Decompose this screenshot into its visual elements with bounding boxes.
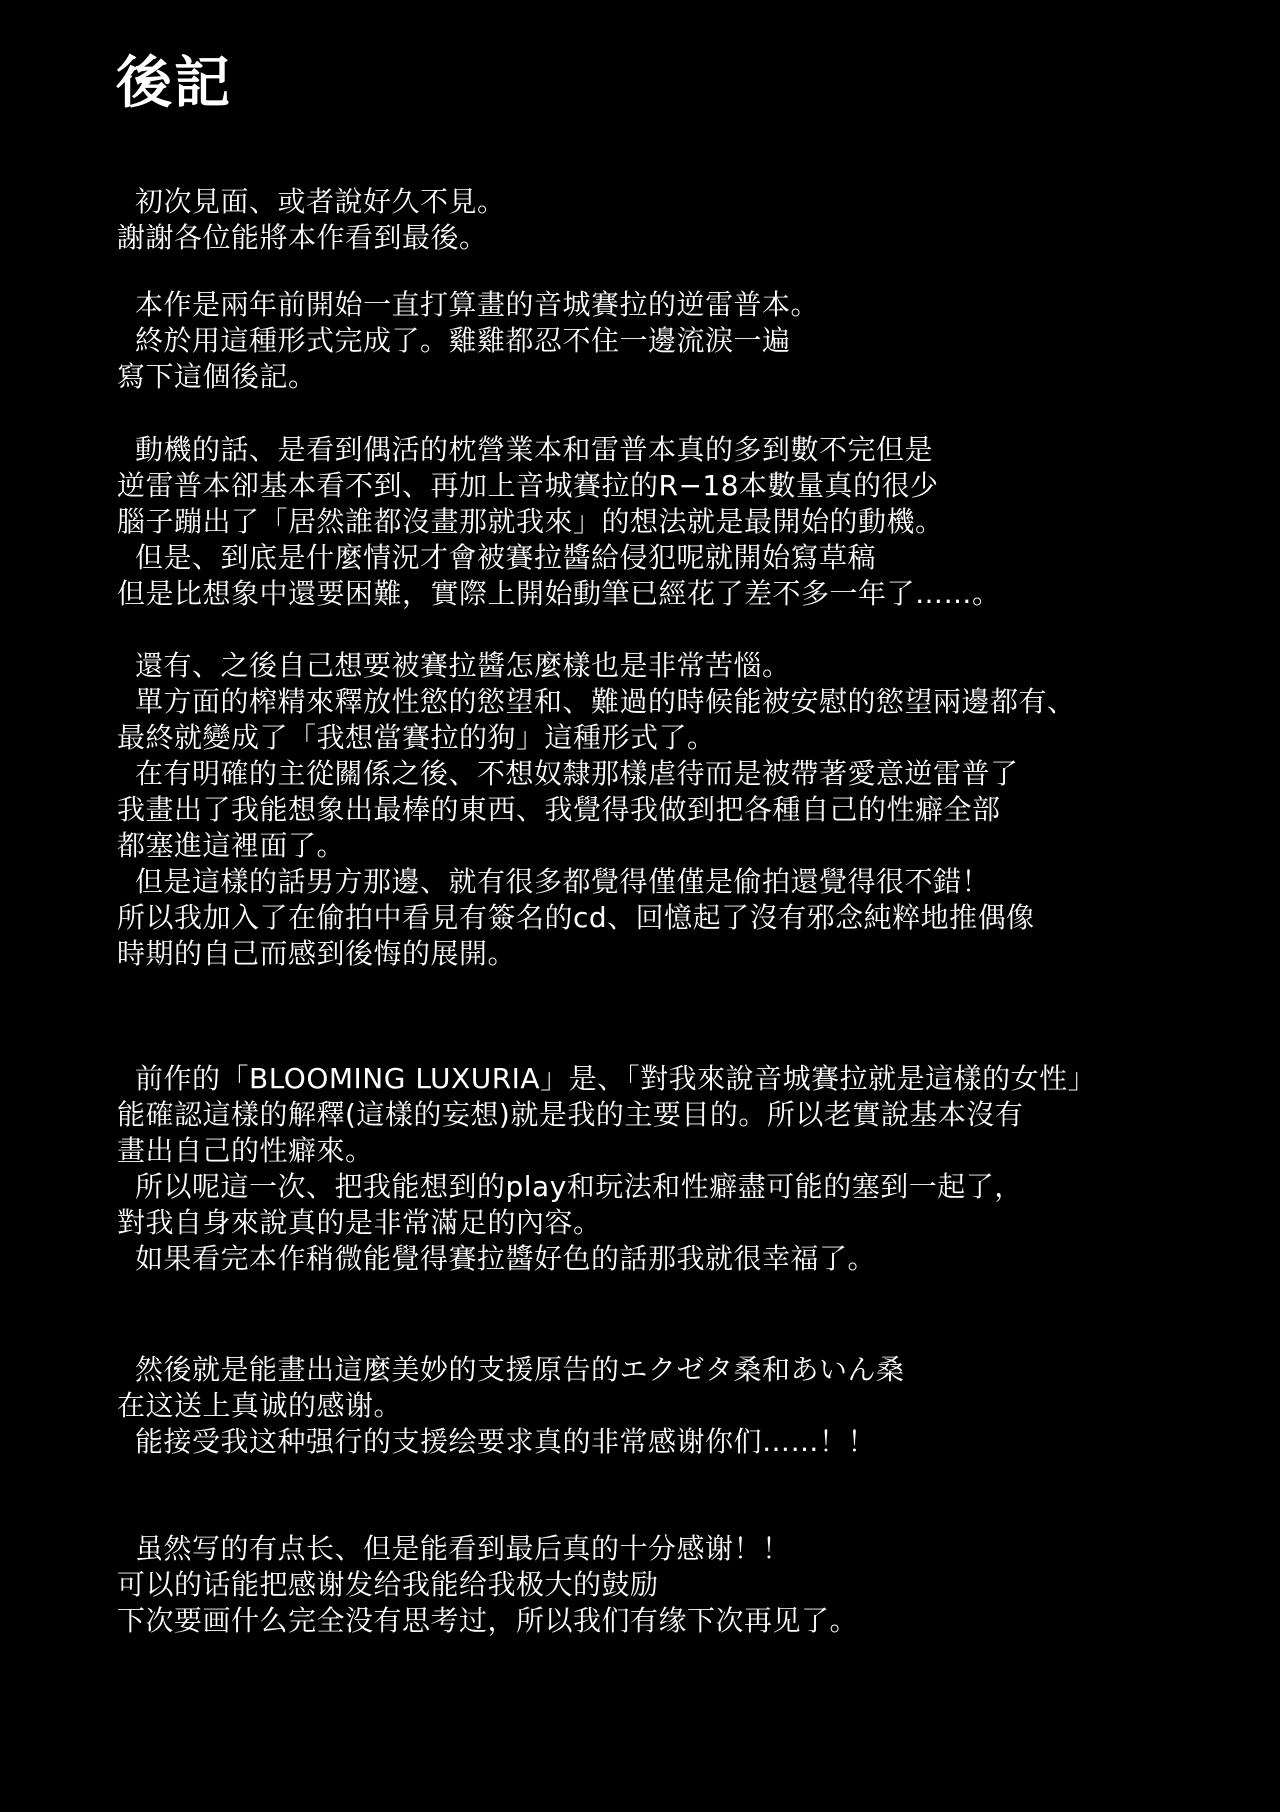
text-line: 對我自身來說真的是非常滿足的內容。 [117, 1205, 602, 1241]
text-line: 我畫出了我能想象出最棒的東西、我覺得我做到把各種自己的性癖全部 [117, 792, 1001, 828]
text-line: 在有明確的主從關係之後、不想奴隸那樣虐待而是被帶著愛意逆雷普了 [135, 756, 1019, 792]
text-line: 都塞進這裡面了。 [117, 828, 345, 864]
text-line: 單方面的榨精來釋放性慾的慾望和、難過的時候能被安慰的慾望兩邊都有、 [135, 684, 1076, 720]
text-line: 虽然写的有点长、但是能看到最后真的十分感谢！！ [135, 1531, 791, 1567]
text-line: 時期的自己而感到後悔的展開。 [117, 936, 516, 972]
text-line: 所以我加入了在偷拍中看見有簽名的cd、回憶起了沒有邪念純粹地推偶像 [117, 900, 1035, 936]
text-line: 前作的「BLOOMING LUXURIA」是、「對我來說音城賽拉就是這樣的女性」 [135, 1061, 1096, 1097]
text-line: 然後就是能畫出這麼美妙的支援原告的エクゼタ桑和あいん桑 [135, 1352, 905, 1388]
text-line: 能接受我这种强行的支援绘要求真的非常感谢你们……！！ [135, 1424, 876, 1460]
text-line: 但是、到底是什麼情況才會被賽拉醬給侵犯呢就開始寫草稿 [135, 540, 876, 576]
text-line: 下次要画什么完全没有思考过，所以我们有缘下次再见了。 [117, 1603, 858, 1639]
text-line: 在这送上真诚的感谢。 [117, 1388, 402, 1424]
text-line: 寫下這個後記。 [117, 359, 317, 395]
text-line: 所以呢這一次、把我能想到的play和玩法和性癖盡可能的塞到一起了， [135, 1169, 1023, 1205]
afterword-page: 後記 初次見面、或者說好久不見。 謝謝各位能將本作看到最後。 本作是兩年前開始一… [0, 0, 1280, 1812]
text-line: 畫出自己的性癖來。 [117, 1133, 374, 1169]
text-line: 但是這樣的話男方那邊、就有很多都覺得僅僅是偷拍還覺得很不錯！ [135, 864, 990, 900]
text-line: 能確認這樣的解釋(這樣的妄想)就是我的主要目的。所以老實說基本沒有 [117, 1097, 1023, 1133]
text-line: 謝謝各位能將本作看到最後。 [117, 220, 488, 256]
page-title: 後記 [116, 52, 232, 116]
text-line: 本作是兩年前開始一直打算畫的音城賽拉的逆雷普本。 [135, 287, 819, 323]
text-line: 終於用這種形式完成了。雞雞都忍不住一邊流淚一遍 [135, 323, 791, 359]
text-line: 但是比想象中還要困難，實際上開始動筆已經花了差不多一年了……。 [117, 576, 1001, 612]
text-line: 如果看完本作稍微能覺得賽拉醬好色的話那我就很幸福了。 [135, 1241, 876, 1277]
text-line: 可以的话能把感谢发给我能给我极大的鼓励 [117, 1567, 659, 1603]
text-line: 初次見面、或者說好久不見。 [135, 184, 506, 220]
text-line: 腦子蹦出了「居然誰都沒畫那就我來」的想法就是最開始的動機。 [117, 504, 944, 540]
text-line: 還有、之後自己想要被賽拉醬怎麼樣也是非常苦惱。 [135, 648, 791, 684]
text-line: 最終就變成了「我想當賽拉的狗」這種形式了。 [117, 720, 716, 756]
text-line: 動機的話、是看到偶活的枕營業本和雷普本真的多到數不完但是 [135, 432, 933, 468]
text-line: 逆雷普本卻基本看不到、再加上音城賽拉的R−18本數量真的很少 [117, 468, 939, 504]
